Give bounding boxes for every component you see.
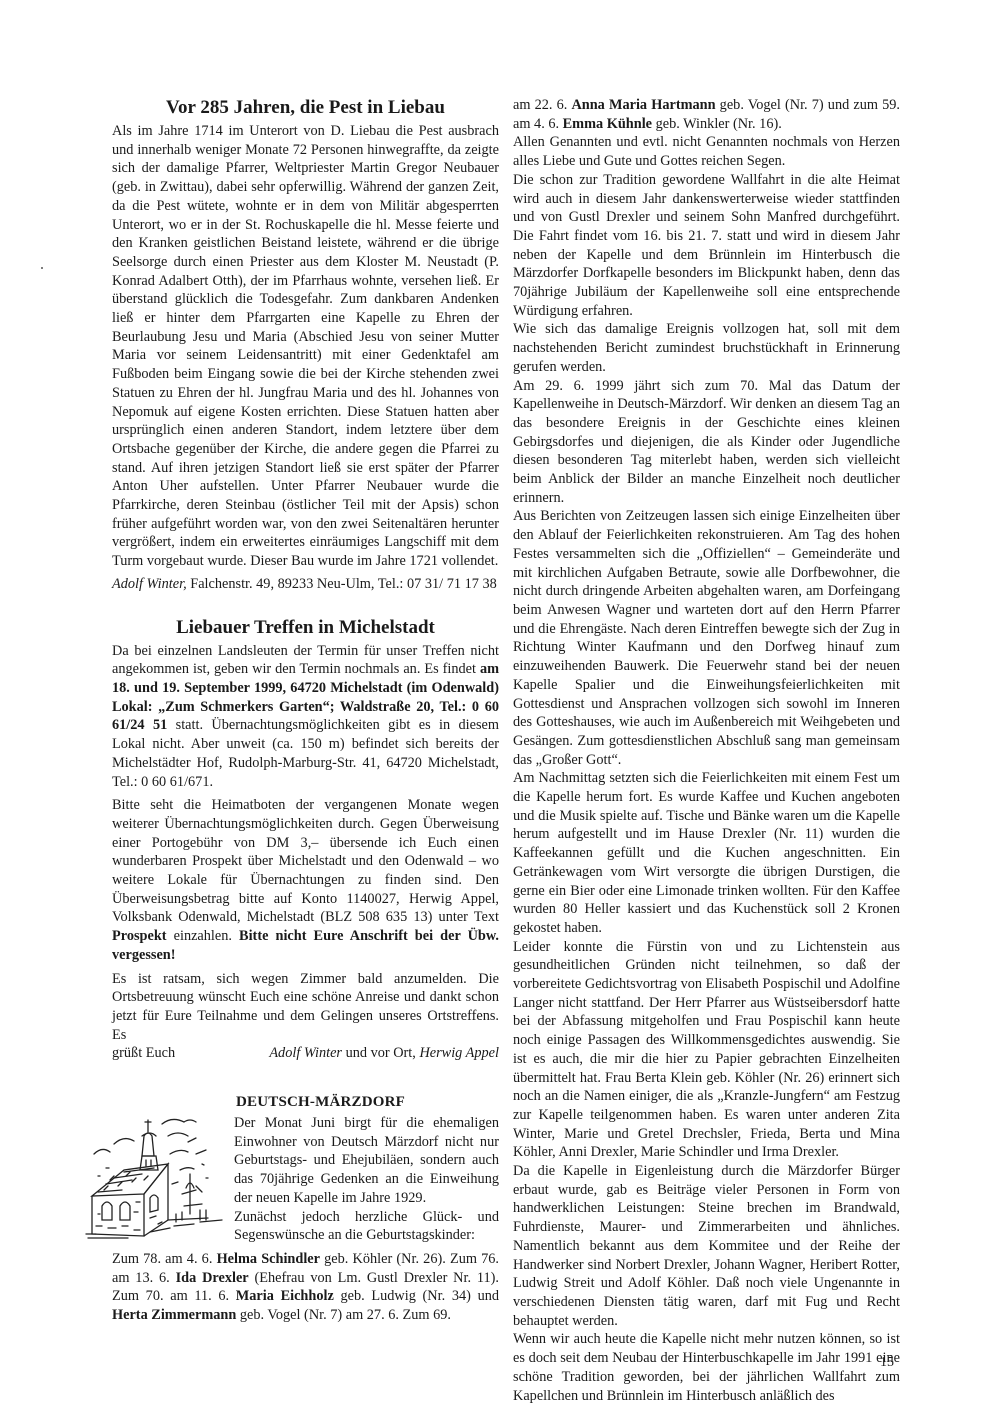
birthday-entry: Zum 70. am 11. 6. Maria Eichholz geb. Lu… (112, 1288, 478, 1304)
text: (Ehefrau von Lm. Gustl Drexler Nr. 11). (249, 1270, 499, 1286)
birthday-name: Anna Maria Hartmann (571, 97, 715, 113)
article-title-pest: Vor 285 Jahren, die Pest in Liebau (112, 96, 499, 120)
bold-text: Prospekt (112, 928, 167, 944)
text: geb. Vogel (Nr. 7) und zum 59. (716, 97, 900, 113)
text: Zum 78. am 4. 6. (112, 1251, 217, 1267)
paragraph-pilgrimage: Die schon zur Tradition gewordene Wallfa… (513, 171, 900, 321)
text: einzahlen. (167, 928, 240, 944)
chapel-illustration-icon (84, 1114, 226, 1240)
paragraph-ceremony: Aus Berichten von Zeitzeugen lassen sich… (513, 507, 900, 769)
paragraph-construction: Da die Kapelle in Eigenleistung durch di… (513, 1162, 900, 1330)
text: Da bei einzelnen Landsleuten der Termin … (112, 643, 499, 678)
treffen-paragraph-1: Da bei einzelnen Landsleuten der Termin … (112, 642, 499, 792)
text: und vor Ort, (342, 1045, 419, 1061)
paragraph-tradition: Wenn wir auch heute die Kapelle nicht me… (513, 1330, 900, 1405)
paragraph-afternoon: Am Nachmittag setzten sich die Feierlich… (513, 769, 900, 937)
signer-2: Herwig Appel (419, 1045, 499, 1061)
left-column: Vor 285 Jahren, die Pest in Liebau Als i… (112, 96, 499, 1325)
text: geb. Vogel (Nr. 7) am 27. 6. Zum 69. (236, 1307, 451, 1323)
text: geb. Winkler (Nr. 16). (652, 116, 782, 132)
text: am 22. 6. (513, 97, 571, 113)
birthday-entry: Zum 78. am 4. 6. Helma Schindler geb. Kö… (112, 1251, 450, 1267)
article-body-pest: Als im Jahre 1714 im Unterort von D. Lie… (112, 122, 499, 571)
text: statt. Übernachtungsmöglichkeiten gibt e… (112, 717, 499, 789)
paragraph-princess: Leider konnte die Fürstin von und zu Lic… (513, 938, 900, 1162)
text: geb. Ludwig (Nr. 34) (334, 1288, 478, 1304)
right-column: am 22. 6. Anna Maria Hartmann geb. Vogel… (513, 96, 900, 1405)
birthday-list: Zum 78. am 4. 6. Helma Schindler geb. Kö… (112, 1250, 499, 1325)
birthday-list-continued: am 22. 6. Anna Maria Hartmann geb. Vogel… (513, 96, 900, 133)
author-signature: Adolf Winter, Falchenstr. 49, 89233 Neu-… (112, 575, 499, 594)
greeting-text: grüßt Euch (112, 1044, 175, 1063)
signer-1: Adolf Winter (269, 1045, 342, 1061)
text: Bitte seht die Heimatboten der vergangen… (112, 797, 499, 925)
maerzdorf-intro: Der Monat Juni birgt für die ehemaligen … (112, 1114, 499, 1245)
birthday-name: Emma Kühnle (563, 116, 652, 132)
greeting-line: grüßt Euch Adolf Winter und vor Ort, Her… (112, 1044, 499, 1063)
treffen-paragraph-3: Es ist ratsam, sich wegen Zimmer bald an… (112, 970, 499, 1045)
author-address: Falchenstr. 49, 89233 Neu-Ulm, Tel.: 07 … (187, 576, 497, 592)
section-title-maerzdorf: DEUTSCH-MÄRZDORF (112, 1093, 499, 1112)
page-number: 15 (880, 1355, 894, 1371)
paragraph-report-intro: Wie sich das damalige Ereignis vollzogen… (513, 320, 900, 376)
author-name: Adolf Winter, (112, 576, 187, 592)
birthday-name: Maria Eichholz (236, 1288, 334, 1304)
birthday-name: Herta Zimmermann (112, 1307, 236, 1323)
treffen-paragraph-2: Bitte seht die Heimatboten der vergangen… (112, 796, 499, 964)
text: am 4. 6. (513, 116, 563, 132)
scan-speck (41, 267, 43, 269)
greeting-signatures: Adolf Winter und vor Ort, Herwig Appel (249, 1044, 499, 1063)
article-title-treffen: Liebauer Treffen in Michelstadt (112, 616, 499, 640)
paragraph-blessing: Allen Genannten und evtl. nicht Genannte… (513, 133, 900, 170)
text: geb. Köhler (Nr. 26). (320, 1251, 450, 1267)
birthday-name: Helma Schindler (217, 1251, 320, 1267)
text: und (478, 1288, 499, 1304)
text: Zum 70. am 11. 6. (112, 1288, 236, 1304)
paragraph-anniversary: Am 29. 6. 1999 jährt sich zum 70. Mal da… (513, 377, 900, 508)
birthday-name: Ida Drexler (176, 1270, 249, 1286)
